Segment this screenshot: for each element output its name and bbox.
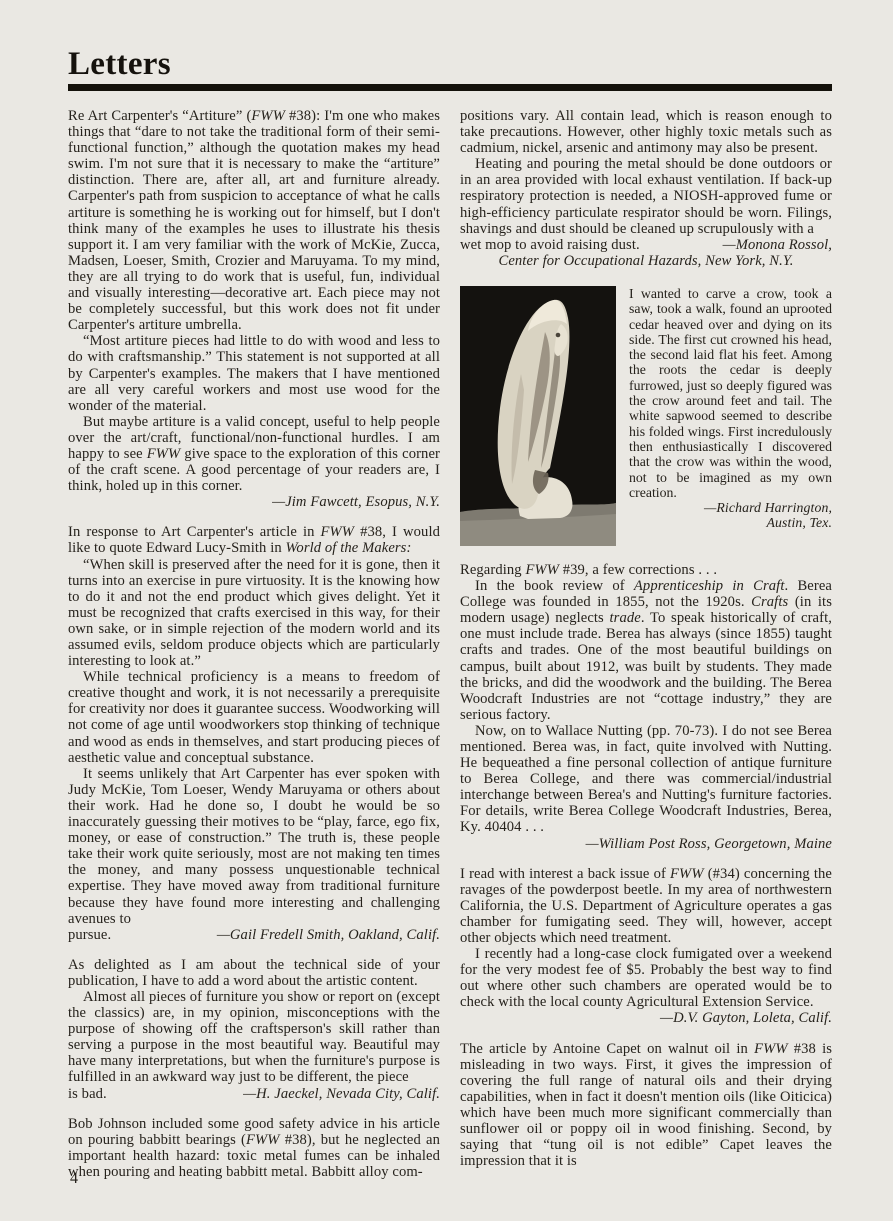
letter-paragraph: Bob Johnson included some good safety ad… xyxy=(68,1116,440,1180)
letter-with-photo: I wanted to carve a crow, took a saw, to… xyxy=(460,286,832,546)
letter-paragraph: Now, on to Wallace Nutting (pp. 70-73). … xyxy=(460,723,832,836)
letter-paragraph: Re Art Carpenter's “Artiture” (FWW #38):… xyxy=(68,108,440,333)
letter-paragraph: “When skill is preserved after the need … xyxy=(68,557,440,670)
letter-text: is bad. xyxy=(68,1086,107,1102)
text-run: Almost all pieces of furniture you show … xyxy=(68,989,440,1085)
crow-sculpture-illustration xyxy=(460,286,616,546)
text-run: It seems unlikely that Art Carpenter has… xyxy=(68,766,440,927)
letters-columns: Re Art Carpenter's “Artiture” (FWW #38):… xyxy=(68,108,832,1180)
italic-text: FWW xyxy=(251,108,285,124)
letter-signature: —Jim Fawcett, Esopus, N.Y. xyxy=(68,494,440,510)
letter-separator xyxy=(68,510,440,524)
letter-signature: —Gail Fredell Smith, Oakland, Calif. xyxy=(217,927,440,943)
letter-paragraph: I recently had a long-case clock fumigat… xyxy=(460,946,832,1010)
letter-separator xyxy=(460,1027,832,1041)
letter-paragraph: positions vary. All contain lead, which … xyxy=(460,108,832,156)
page-number: 4 xyxy=(70,1170,78,1188)
letter-paragraph: The article by Antoine Capet on walnut o… xyxy=(460,1041,832,1170)
text-run: In response to Art Carpenter's article i… xyxy=(68,524,321,540)
letter-separator xyxy=(68,1102,440,1116)
text-run: The article by Antoine Capet on walnut o… xyxy=(460,1041,754,1057)
italic-text: —Monona Rossol, xyxy=(723,237,832,253)
letter-separator xyxy=(460,269,832,283)
text-run: #38 is misleading in two ways. First, it… xyxy=(460,1041,832,1170)
italic-text: FWW xyxy=(321,524,355,540)
text-run: #39, a few corrections . . . xyxy=(559,562,717,578)
magazine-letters-page: Letters Re Art Carpenter's “Artiture” (F… xyxy=(0,0,893,1221)
section-title: Letters xyxy=(68,46,832,82)
italic-text: Austin, Tex. xyxy=(767,515,832,530)
text-run: positions vary. All contain lead, which … xyxy=(460,108,832,156)
letter-last-line: wet mop to avoid raising dust.—Monona Ro… xyxy=(460,237,832,253)
letter-separator xyxy=(460,852,832,866)
letter-paragraph: I read with interest a back issue of FWW… xyxy=(460,866,832,946)
text-run: As delighted as I am about the technical… xyxy=(68,957,440,989)
letter-paragraph: In response to Art Carpenter's article i… xyxy=(68,524,440,556)
letter-paragraph: But maybe artiture is a valid concept, u… xyxy=(68,414,440,494)
italic-text: Center for Occupational Hazards, New Yor… xyxy=(499,253,794,269)
italic-text: —Jim Fawcett, Esopus, N.Y. xyxy=(272,494,440,510)
header-rule xyxy=(68,84,832,91)
letter-paragraph: Regarding FWW #39, a few corrections . .… xyxy=(460,562,832,578)
letter-signature: —Richard Harrington, xyxy=(629,500,832,515)
letter-paragraph: Heating and pouring the metal should be … xyxy=(460,156,832,236)
text-run: “When skill is preserved after the need … xyxy=(68,557,440,670)
page-header: Letters xyxy=(68,46,832,91)
text-run: “Most artiture pieces had little to do w… xyxy=(68,333,440,413)
letter-last-line: pursue.—Gail Fredell Smith, Oakland, Cal… xyxy=(68,927,440,943)
text-run: I recently had a long-case clock fumigat… xyxy=(460,946,832,1010)
text-run: . To speak historically of craft, one mu… xyxy=(460,610,832,723)
text-run: In the book review of xyxy=(475,578,634,594)
letter-last-line: is bad.—H. Jaeckel, Nevada City, Calif. xyxy=(68,1086,440,1102)
italic-text: FWW xyxy=(670,866,704,882)
italic-text: FWW xyxy=(147,446,181,462)
letter-paragraph: Almost all pieces of furniture you show … xyxy=(68,989,440,1086)
text-run: I wanted to carve a crow, took a saw, to… xyxy=(629,286,832,500)
italic-text: —D.V. Gayton, Loleta, Calif. xyxy=(660,1010,832,1026)
text-run: Now, on to Wallace Nutting (pp. 70-73). … xyxy=(460,723,832,836)
italic-text: Apprenticeship in Craft xyxy=(634,578,785,594)
right-column: positions vary. All contain lead, which … xyxy=(460,108,832,1180)
text-run: Regarding xyxy=(460,562,525,578)
letter-signature: —H. Jaeckel, Nevada City, Calif. xyxy=(243,1086,440,1102)
letter-paragraph: “Most artiture pieces had little to do w… xyxy=(68,333,440,413)
left-column: Re Art Carpenter's “Artiture” (FWW #38):… xyxy=(68,108,440,1180)
italic-text: trade xyxy=(610,610,641,626)
italic-text: FWW xyxy=(246,1132,280,1148)
text-run: Heating and pouring the metal should be … xyxy=(460,156,832,236)
italic-text: —Gail Fredell Smith, Oakland, Calif. xyxy=(217,927,440,943)
italic-text: Crafts xyxy=(751,594,788,610)
letter-paragraph: As delighted as I am about the technical… xyxy=(68,957,440,989)
letter-paragraph: I wanted to carve a crow, took a saw, to… xyxy=(629,286,832,500)
letter-paragraph: While technical proficiency is a means t… xyxy=(68,669,440,766)
letter-signature: —William Post Ross, Georgetown, Maine xyxy=(460,836,832,852)
letter-signature-line2: Center for Occupational Hazards, New Yor… xyxy=(460,253,832,269)
letter-signature-line2: Austin, Tex. xyxy=(629,515,832,530)
crow-sculpture-photo xyxy=(460,286,616,546)
text-run: #38): I'm one who makes things that “dar… xyxy=(68,108,440,333)
text-run: While technical proficiency is a means t… xyxy=(68,669,440,765)
italic-text: —H. Jaeckel, Nevada City, Calif. xyxy=(243,1086,440,1102)
letter-text: pursue. xyxy=(68,927,111,943)
letter-text: wet mop to avoid raising dust. xyxy=(460,237,640,253)
letter-signature: —Monona Rossol, xyxy=(723,237,832,253)
letter-paragraph: It seems unlikely that Art Carpenter has… xyxy=(68,766,440,927)
italic-text: —Richard Harrington, xyxy=(704,500,832,515)
italic-text: —William Post Ross, Georgetown, Maine xyxy=(586,836,832,852)
text-run: Re Art Carpenter's “Artiture” ( xyxy=(68,108,251,124)
letter-separator xyxy=(460,548,832,562)
italic-text: FWW xyxy=(754,1041,788,1057)
italic-text: FWW xyxy=(525,562,559,578)
italic-text: World of the Makers: xyxy=(286,540,412,556)
letter-separator xyxy=(68,943,440,957)
text-run: I read with interest a back issue of xyxy=(460,866,670,882)
letter-text-beside-photo: I wanted to carve a crow, took a saw, to… xyxy=(629,286,832,546)
letter-signature: —D.V. Gayton, Loleta, Calif. xyxy=(460,1010,832,1026)
letter-paragraph: In the book review of Apprenticeship in … xyxy=(460,578,832,723)
